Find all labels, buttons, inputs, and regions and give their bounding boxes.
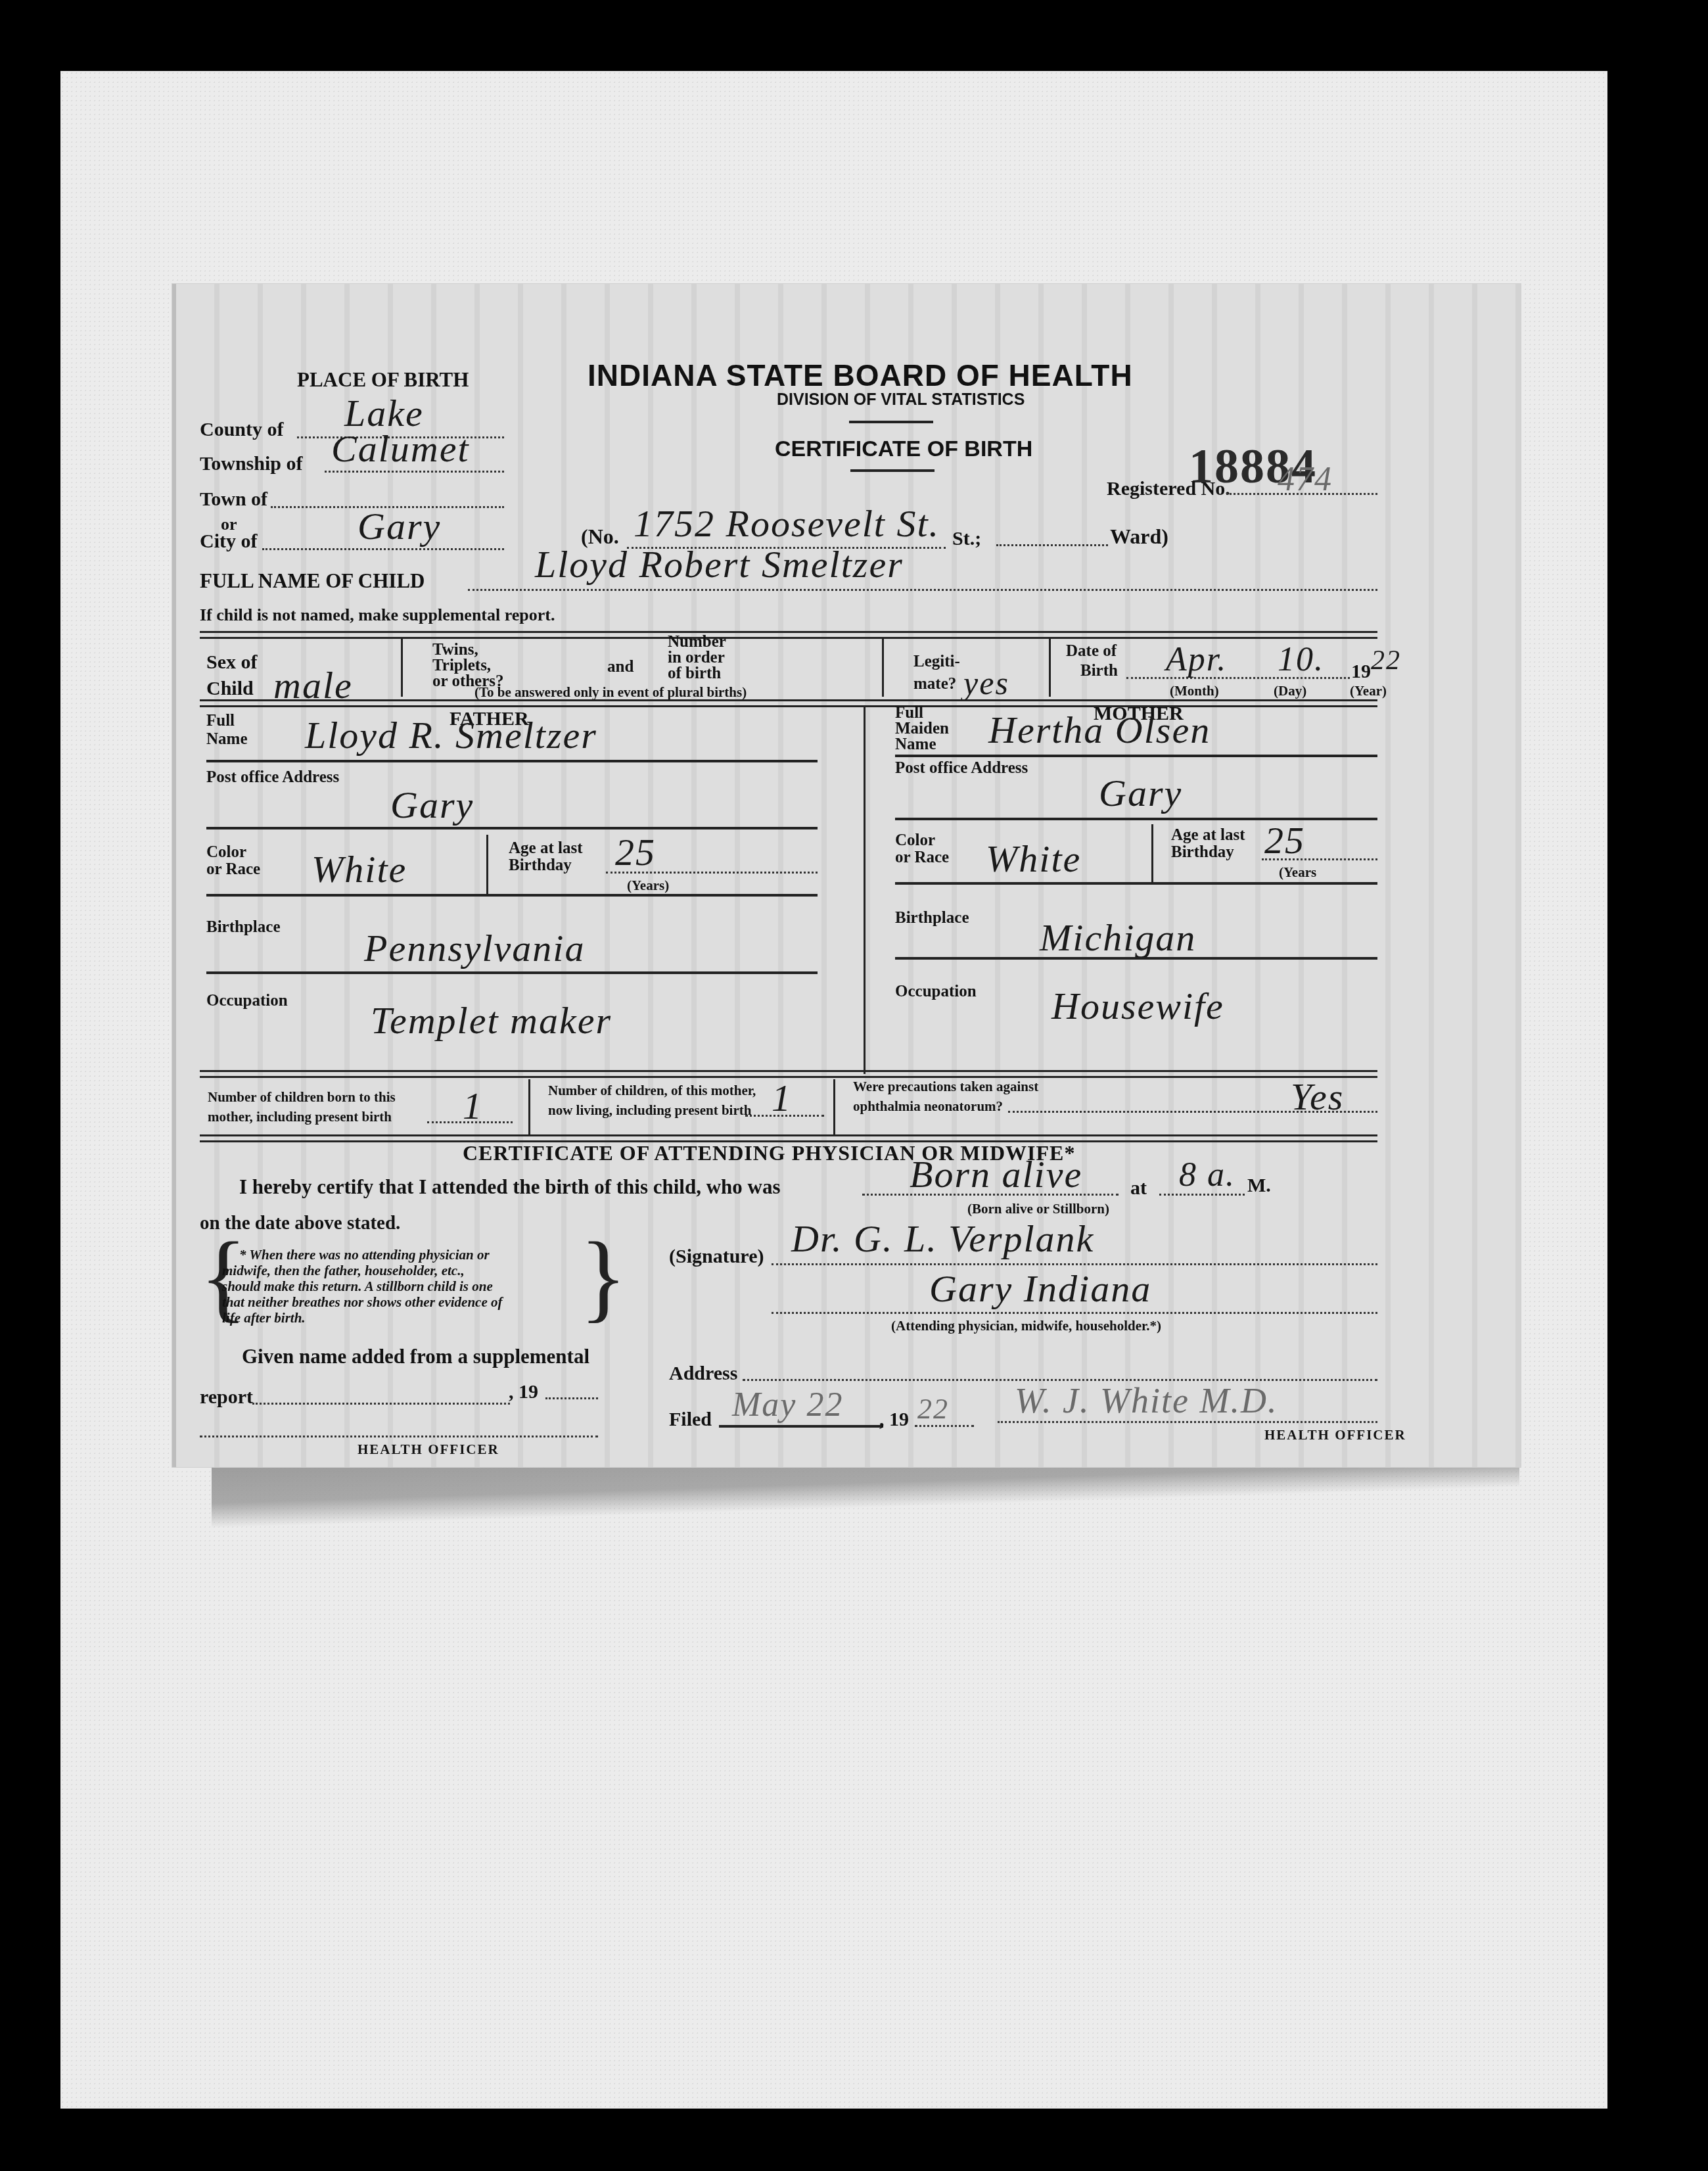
signature-label: (Signature) (669, 1246, 764, 1267)
filed-line (719, 1425, 883, 1428)
mother-occupation-value: Housewife (1051, 987, 1224, 1025)
father-mother-divider (864, 706, 866, 1074)
dob-label-1: Date of (1066, 643, 1117, 660)
mother-address-value: Gary (1099, 774, 1182, 812)
father-color-label-1: Color (206, 844, 246, 861)
and-label: and (607, 659, 634, 676)
father-color-divider (486, 835, 488, 895)
mother-color-label-1: Color (895, 832, 935, 849)
ward-label: Ward) (1110, 526, 1168, 548)
footnote-close-brace: } (580, 1228, 627, 1326)
father-color-line (206, 894, 818, 897)
place-of-birth-heading: PLACE OF BIRTH (297, 369, 469, 391)
children-born-label-2: mother, including present birth (208, 1109, 392, 1124)
legit-label-2: mate? (913, 676, 956, 693)
children-living-label-1: Number of children, of this mother, (548, 1083, 756, 1098)
division-title: DIVISION OF VITAL STATISTICS (777, 390, 1025, 409)
child-name-line (468, 589, 1377, 591)
footnote-line-4: that neither breathes nor shows other ev… (222, 1295, 502, 1310)
report-year-prefix: , 19 (509, 1382, 538, 1403)
mother-age-label-1: Age at last (1171, 827, 1245, 844)
order-label-3: of birth (668, 665, 721, 682)
filed-label: Filed (669, 1409, 712, 1430)
time-line (1159, 1194, 1245, 1196)
father-birthplace-line (206, 971, 818, 974)
mother-color-value: White (986, 840, 1081, 878)
signature-line-2 (772, 1312, 1377, 1314)
st-label: St.; (952, 528, 981, 549)
mother-name-label-3: Name (895, 736, 936, 753)
mother-age-caption: (Years (1279, 865, 1316, 879)
mother-name-value: Hertha Olsen (988, 711, 1211, 749)
father-name-line (206, 760, 818, 762)
ward-line (996, 544, 1108, 546)
children-living-value: 1 (772, 1079, 792, 1117)
mother-birthplace-value: Michigan (1040, 919, 1196, 957)
father-name-value: Lloyd R. Smeltzer (305, 716, 597, 755)
signature-line2-value: Gary Indiana (929, 1270, 1151, 1308)
footnote-line-1: * When there was no attending physician … (239, 1248, 490, 1263)
precaution-value: Yes (1291, 1078, 1344, 1116)
town-label: Town of (200, 489, 267, 510)
health-officer-left-caption: HEALTH OFFICER (358, 1442, 499, 1457)
report-label: report (200, 1387, 253, 1408)
certificate-title: CERTIFICATE OF BIRTH (775, 436, 1032, 462)
father-name-label-2: Name (206, 731, 247, 748)
father-age-label-1: Age at last (509, 840, 582, 857)
footnote-line-2: midwife, then the father, householder, e… (222, 1263, 465, 1278)
status-caption: (Born alive or Stillborn) (967, 1202, 1109, 1216)
legit-label-1: Legiti- (913, 653, 960, 670)
street-value: 1752 Roosevelt St. (634, 505, 940, 543)
filed-year-suffix: 22 (917, 1395, 949, 1424)
sex-label-2: Child (206, 678, 254, 699)
col-divider-twins (882, 639, 884, 697)
filed-year-line (915, 1425, 974, 1427)
col-divider-sex (401, 639, 403, 697)
father-address-line (206, 827, 818, 829)
city-line (262, 548, 504, 550)
child-name-label: FULL NAME OF CHILD (200, 571, 425, 592)
child-name-value: Lloyd Robert Smeltzer (535, 546, 904, 584)
father-occupation-value: Templet maker (371, 1002, 612, 1040)
plural-births-note: (To be answered only in event of plural … (474, 685, 747, 699)
signature-line (772, 1263, 1377, 1265)
father-name-label-1: Full (206, 712, 235, 730)
footnote-line-3: should make this return. A stillborn chi… (222, 1279, 493, 1294)
at-label: at (1130, 1178, 1147, 1199)
father-color-label-2: or Race (206, 861, 260, 878)
mother-birthplace-label: Birthplace (895, 910, 969, 927)
sex-label-1: Sex of (206, 652, 258, 673)
col-divider-legit (1049, 639, 1051, 697)
status-value: Born alive (910, 1156, 1082, 1194)
signer-caption: (Attending physician, midwife, household… (891, 1319, 1161, 1333)
report-year-line (545, 1397, 598, 1399)
father-birthplace-label: Birthplace (206, 919, 281, 936)
father-birthplace-value: Pennsylvania (364, 929, 585, 968)
registered-no-value: 474 (1278, 463, 1333, 497)
father-age-caption: (Years) (627, 878, 669, 893)
children-born-label-1: Number of children born to this (208, 1090, 396, 1104)
health-officer-right-caption: HEALTH OFFICER (1264, 1428, 1406, 1442)
birth-certificate-card: INDIANA STATE BOARD OF HEALTH DIVISION O… (172, 284, 1521, 1467)
precaution-label-2: ophthalmia neonatorum? (853, 1099, 1003, 1113)
dob-year-prefix: 19 (1351, 661, 1371, 682)
city-label: City of (200, 531, 257, 552)
dob-year-suffix: 22 (1371, 647, 1401, 674)
mother-color-divider (1151, 824, 1153, 885)
mother-birthplace-line (895, 957, 1377, 960)
city-value: Gary (358, 507, 441, 546)
health-officer-right-line (998, 1421, 1377, 1423)
mother-color-line (895, 882, 1377, 885)
row-divider-2 (200, 699, 1377, 707)
health-officer-left-line (200, 1436, 598, 1437)
mother-age-label-2: Birthday (1171, 844, 1234, 861)
filed-year-prefix: , 19 (879, 1409, 909, 1430)
father-age-label-2: Birthday (509, 857, 572, 874)
report-line (252, 1403, 510, 1405)
header-rule-bottom (850, 469, 935, 472)
mother-name-line (895, 755, 1377, 757)
agency-title: INDIANA STATE BOARD OF HEALTH (588, 358, 1133, 393)
county-label: County of (200, 419, 284, 440)
children-born-value: 1 (463, 1087, 483, 1125)
children-living-label-2: now living, including present birth (548, 1103, 751, 1117)
year-caption: (Year) (1350, 684, 1387, 698)
precaution-label-1: Were precautions taken against (853, 1079, 1038, 1094)
row-divider-1 (200, 631, 1377, 639)
children-divider-2 (833, 1079, 835, 1136)
father-address-label: Post office Address (206, 769, 339, 786)
filed-value: May 22 (732, 1388, 843, 1422)
children-divider-1 (528, 1079, 530, 1136)
supplemental-note: If child is not named, make supplemental… (200, 606, 555, 624)
registered-no-label: Registered No. (1107, 479, 1230, 500)
dob-month: Apr. (1166, 643, 1227, 677)
mother-age-value: 25 (1264, 822, 1305, 860)
certify-text: I hereby certify that I attended the bir… (239, 1177, 781, 1198)
father-age-value: 25 (615, 833, 656, 872)
address-label: Address (669, 1363, 737, 1384)
day-caption: (Day) (1274, 684, 1306, 698)
mother-address-label: Post office Address (895, 760, 1028, 777)
month-caption: (Month) (1170, 684, 1219, 698)
father-occupation-label: Occupation (206, 992, 288, 1010)
township-value: Calumet (331, 430, 470, 468)
township-line (325, 471, 504, 473)
township-label: Township of (200, 454, 302, 475)
dob-day: 10. (1278, 643, 1324, 677)
header-rule-top (849, 421, 933, 423)
father-color-value: White (312, 851, 407, 889)
time-value: 8 a. (1179, 1158, 1235, 1192)
father-address-value: Gary (390, 786, 474, 824)
mother-color-label-2: or Race (895, 849, 949, 866)
legit-value: yes (963, 666, 1009, 699)
signature-value: Dr. G. L. Verplank (791, 1220, 1094, 1258)
mother-occupation-label: Occupation (895, 983, 977, 1000)
footnote-line-5: life after birth. (222, 1311, 306, 1326)
given-name-label: Given name added from a supplemental (242, 1346, 589, 1368)
dob-label-2: Birth (1080, 663, 1118, 680)
health-officer-signature: W. J. White M.D. (1015, 1383, 1278, 1418)
time-suffix: M. (1247, 1175, 1271, 1196)
